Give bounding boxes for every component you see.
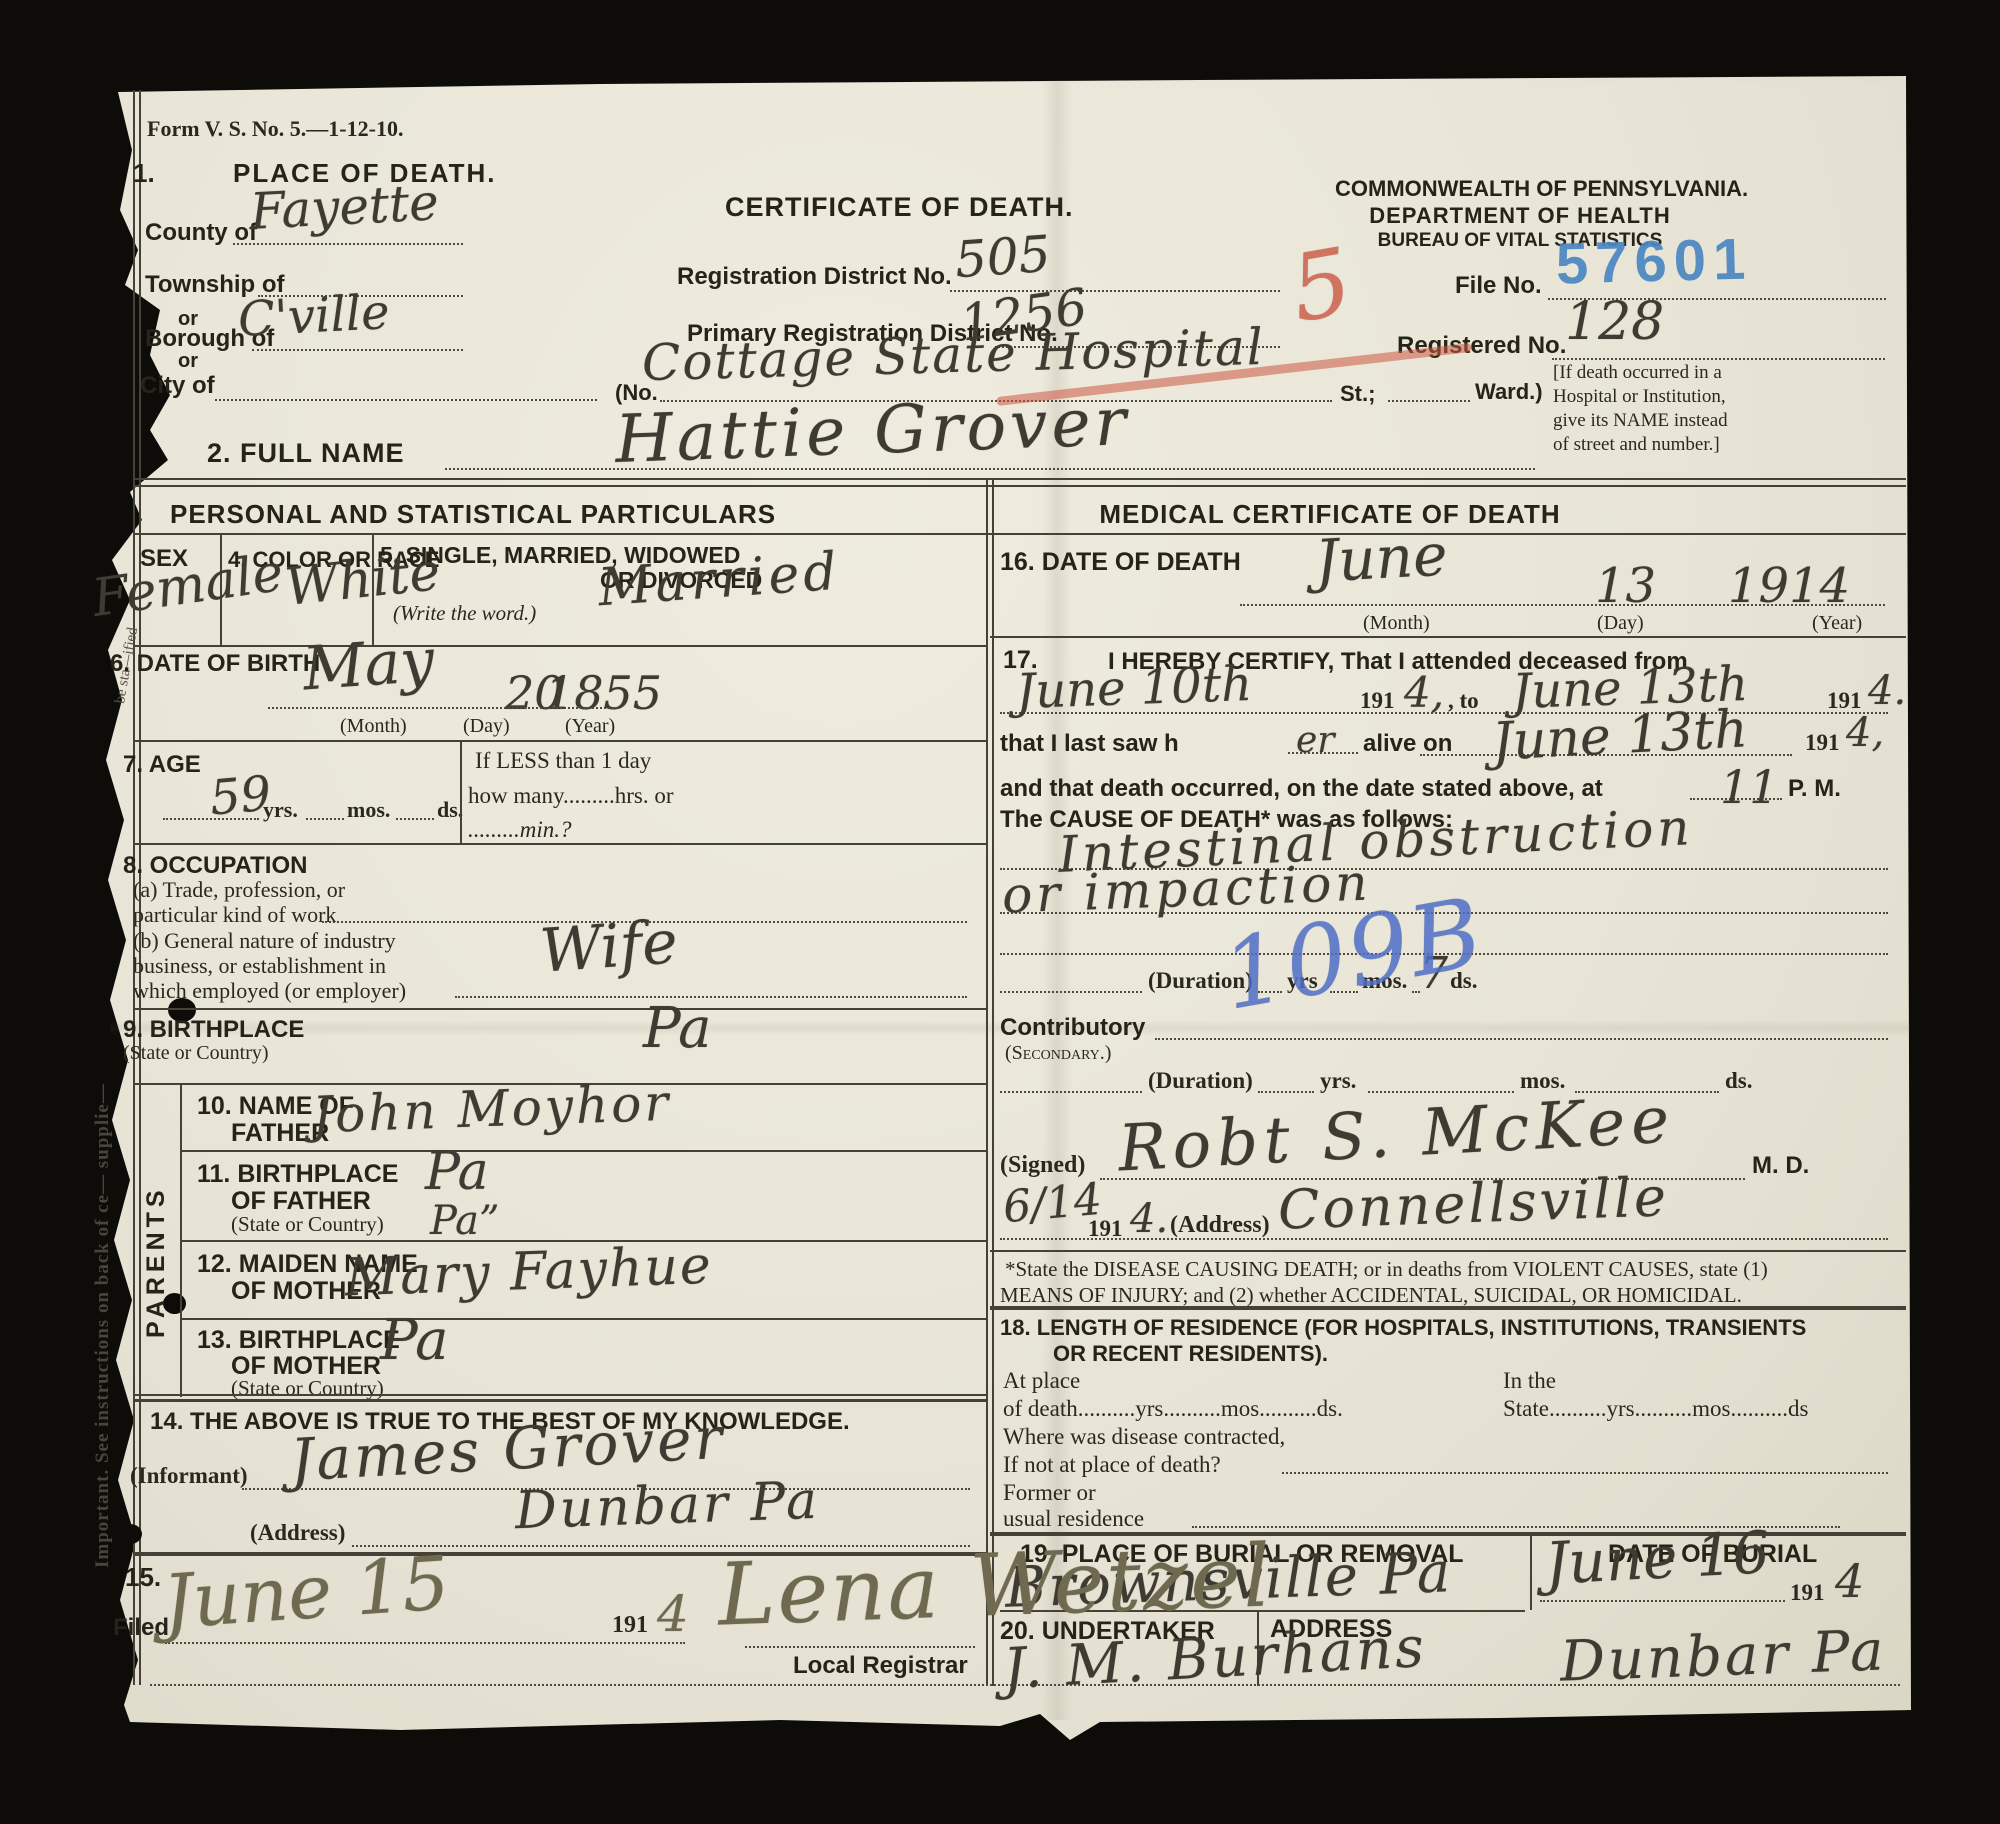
dob-day-caption: (Day) [463, 715, 510, 738]
duration2-label: (Duration) [1148, 1068, 1253, 1094]
age-line [306, 818, 344, 820]
row-rule [135, 843, 986, 845]
death-date-line [1240, 604, 1885, 606]
last-saw-fill-line [1288, 752, 1358, 754]
or-label-2: or [178, 350, 198, 373]
hospital-note-3: give its NAME instead [1553, 410, 1728, 432]
usual-residence-label: usual residence [1003, 1506, 1144, 1532]
in-the-label: In the [1503, 1368, 1556, 1394]
occupation-a2: particular kind of work [133, 902, 336, 928]
occupation-a1: (a) Trade, profession, or [133, 877, 345, 903]
heavy-rule [135, 1399, 986, 1402]
row-rule [182, 1150, 986, 1152]
father-birthplace-caption: (State or Country) [231, 1212, 384, 1237]
year-written-c: 4, [1846, 710, 1884, 756]
local-registrar-label: Local Registrar [793, 1652, 968, 1680]
column-divider-2 [992, 478, 994, 1686]
row-rule [135, 1008, 986, 1010]
ward-line [1388, 400, 1470, 402]
commonwealth-line: COMMONWEALTH OF PENNSYLVANIA. [1335, 176, 1705, 202]
age-line [396, 818, 434, 820]
residence-label-1: 18. LENGTH OF RESIDENCE (FOR HOSPITALS, … [1000, 1315, 1806, 1341]
less-than-day-1: If LESS than 1 day [475, 748, 651, 774]
st-label: St.; [1340, 381, 1375, 407]
last-saw-fill: er [1296, 720, 1335, 761]
column-divider-1 [986, 478, 988, 1686]
birthplace-label: 9. BIRTHPLACE [123, 1016, 304, 1044]
ward-label: Ward.) [1475, 379, 1543, 405]
birthplace-caption: (State or Country) [123, 1042, 269, 1065]
secondary-caption: (Secondary.) [1005, 1042, 1111, 1065]
hospital-note-1: [If death occurred in a [1553, 362, 1722, 384]
year-printed-e: 191 [1790, 1580, 1825, 1606]
birthplace-value: Pa [643, 996, 712, 1061]
row-rule [990, 1250, 1906, 1252]
occupation-label: 8. OCCUPATION [123, 852, 307, 880]
left-column-title: PERSONAL AND STATISTICAL PARTICULARS [170, 499, 750, 530]
margin-instructions-note: Important. See instructions on back of c… [92, 1083, 114, 1568]
dob-year-caption: (Year) [565, 715, 615, 738]
dob-line [268, 707, 618, 709]
registration-district-value: 505 [953, 225, 1052, 290]
filed-label: Filed [113, 1614, 169, 1642]
duration2-yrs-label: yrs. [1320, 1068, 1356, 1094]
heavy-rule [135, 1394, 986, 1396]
right-column-title: MEDICAL CERTIFICATE OF DEATH [1050, 499, 1610, 530]
borough-value: C'ville [237, 284, 391, 348]
dob-month-value: May [301, 626, 437, 705]
occupation-value: Wife [538, 907, 680, 986]
signed-label: (Signed) [1000, 1152, 1085, 1179]
age-line [163, 818, 259, 820]
attended-from-date: June 10th [1015, 656, 1253, 720]
informant-address-label: (Address) [250, 1520, 345, 1546]
filed-line [165, 1642, 685, 1644]
mother-birthplace-label-1: 13. BIRTHPLACE [197, 1326, 400, 1355]
section15-number: 15. [125, 1562, 161, 1593]
file-no-stamp: 57601 [1555, 225, 1753, 297]
registrar-signature: Lena Wetzel [716, 1526, 1274, 1645]
filed-year-printed: 191 [612, 1612, 648, 1639]
year-written-e: 4 [1835, 1554, 1864, 1608]
borough-line [252, 349, 463, 351]
section-double-rule-2 [135, 485, 1906, 487]
header-rule [135, 533, 1906, 535]
parents-side-label: PARENTS [142, 1185, 171, 1338]
dob-label: 6. DATE OF BIRTH [110, 650, 320, 678]
contributory-label: Contributory [1000, 1014, 1145, 1042]
date-of-death-label: 16. DATE OF DEATH [1000, 548, 1241, 577]
father-birthplace-value: Pa [425, 1142, 489, 1202]
hospital-note-2: Hospital or Institution, [1553, 386, 1726, 408]
sign-date-line [1000, 1238, 1888, 1240]
paper-hole [118, 1524, 142, 1544]
dob-year-value: 1855 [545, 666, 662, 720]
duration2-line [1000, 1091, 1142, 1093]
informant-address-value: Dunbar Pa [514, 1471, 821, 1542]
heavy-rule [990, 1306, 1906, 1310]
less-than-day-2: how many.........hrs. or [468, 783, 673, 809]
year-printed-c: 191 [1805, 730, 1840, 756]
footnote-line-2: MEANS OF INJURY; and (2) whether ACCIDEN… [1000, 1283, 1742, 1308]
form-number: Form V. S. No. 5.—1-12-10. [147, 116, 403, 142]
burial-date-value: June 16 [1543, 1518, 1771, 1598]
row-rule [182, 1318, 986, 1320]
department-line: DEPARTMENT OF HEALTH [1335, 203, 1705, 229]
filed-year-written: 4 [657, 1585, 689, 1643]
registered-no-line [1552, 358, 1885, 360]
year-printed-a: 191 [1360, 688, 1395, 714]
registered-no-value: 128 [1565, 292, 1664, 352]
burial-cell-divider [1530, 1532, 1532, 1610]
dob-month-caption: (Month) [340, 715, 407, 738]
section-double-rule-1 [135, 478, 1906, 480]
county-line [233, 243, 463, 245]
full-name-label: 2. FULL NAME [207, 438, 405, 469]
at-place-label: At place [1003, 1368, 1080, 1394]
occupation-b2: business, or establishment in [133, 953, 386, 979]
age-mos-label: mos. [347, 797, 390, 823]
undertaker-address-value: Dunbar Pa [1559, 1618, 1887, 1694]
row-rule [990, 636, 1906, 638]
mother-birthplace-caption: (State or Country) [231, 1376, 384, 1401]
city-line [215, 399, 597, 401]
year-written-a: 4, [1404, 668, 1444, 717]
row-rule [135, 740, 986, 742]
registrar-line [745, 1646, 975, 1648]
full-name-line [445, 468, 1535, 470]
occupation-b1: (b) General nature of industry [133, 928, 396, 954]
footnote-line-1: *State the DISEASE CAUSING DEATH; or in … [1005, 1257, 1768, 1282]
age-yrs-label: yrs. [263, 797, 298, 823]
father-birthplace-label-1: 11. BIRTHPLACE [197, 1160, 398, 1189]
informant-label: (Informant) [130, 1463, 248, 1489]
last-saw-prefix: that I last saw h [1000, 730, 1179, 758]
less-than-day-3: .........min.? [468, 817, 572, 843]
age-cell-divider [460, 740, 462, 843]
md-label: M. D. [1752, 1152, 1809, 1180]
death-day-caption: (Day) [1597, 612, 1644, 635]
hour-value: 11 [1720, 760, 1779, 814]
age-label: 7. AGE [123, 751, 201, 779]
death-month-value: June [1313, 521, 1449, 596]
meridiem-label: P. M. [1788, 775, 1841, 803]
death-month-caption: (Month) [1363, 612, 1430, 635]
hospital-note-4: of street and number.] [1553, 434, 1720, 456]
to-label: , to [1448, 688, 1479, 714]
sign-date-value: 6/14 [1001, 1174, 1104, 1233]
mother-name-value: Mary Fayhue [344, 1236, 714, 1309]
death-occurred-statement: and that death occurred, on the date sta… [1000, 775, 1603, 803]
marital-hint: (Write the word.) [393, 601, 536, 626]
death-year-caption: (Year) [1812, 612, 1862, 635]
section1-number: 1. [133, 158, 155, 189]
duration-line [1000, 991, 1142, 993]
residence-label-2: OR RECENT RESIDENTS). [1053, 1341, 1328, 1367]
contributory-line [1155, 1038, 1888, 1040]
if-not-line [1282, 1472, 1888, 1474]
of-death-line: of death..........yrs..........mos......… [1003, 1396, 1343, 1422]
if-not-label: If not at place of death? [1003, 1452, 1221, 1478]
county-value: Fayette [249, 173, 441, 241]
scanned-death-certificate: Important. See instructions on back of c… [0, 0, 2000, 1824]
file-no-label: File No. [1455, 272, 1542, 300]
father-birthplace-ditto: Pa” [430, 1198, 499, 1244]
burial-date-line [1540, 1600, 1785, 1602]
certificate-title: CERTIFICATE OF DEATH. [725, 192, 1070, 223]
mother-birthplace-value: Pa [380, 1308, 449, 1373]
state-line: State..........yrs..........mos.........… [1503, 1396, 1808, 1422]
row-rule [135, 645, 986, 647]
year-written-d: 4. [1130, 1196, 1168, 1242]
physician-address-label: (Address) [1170, 1212, 1270, 1239]
where-contracted-label: Where was disease contracted, [1003, 1424, 1285, 1450]
former-label: Former or [1003, 1480, 1096, 1506]
year-written-b: 4. [1868, 668, 1906, 714]
duration2-ds-label: ds. [1725, 1068, 1753, 1094]
occupation-b3: which employed (or employer) [133, 978, 406, 1004]
city-of-label: City of [140, 372, 215, 400]
registration-district-label: Registration District No. [677, 263, 952, 291]
duration2-line [1258, 1091, 1314, 1093]
